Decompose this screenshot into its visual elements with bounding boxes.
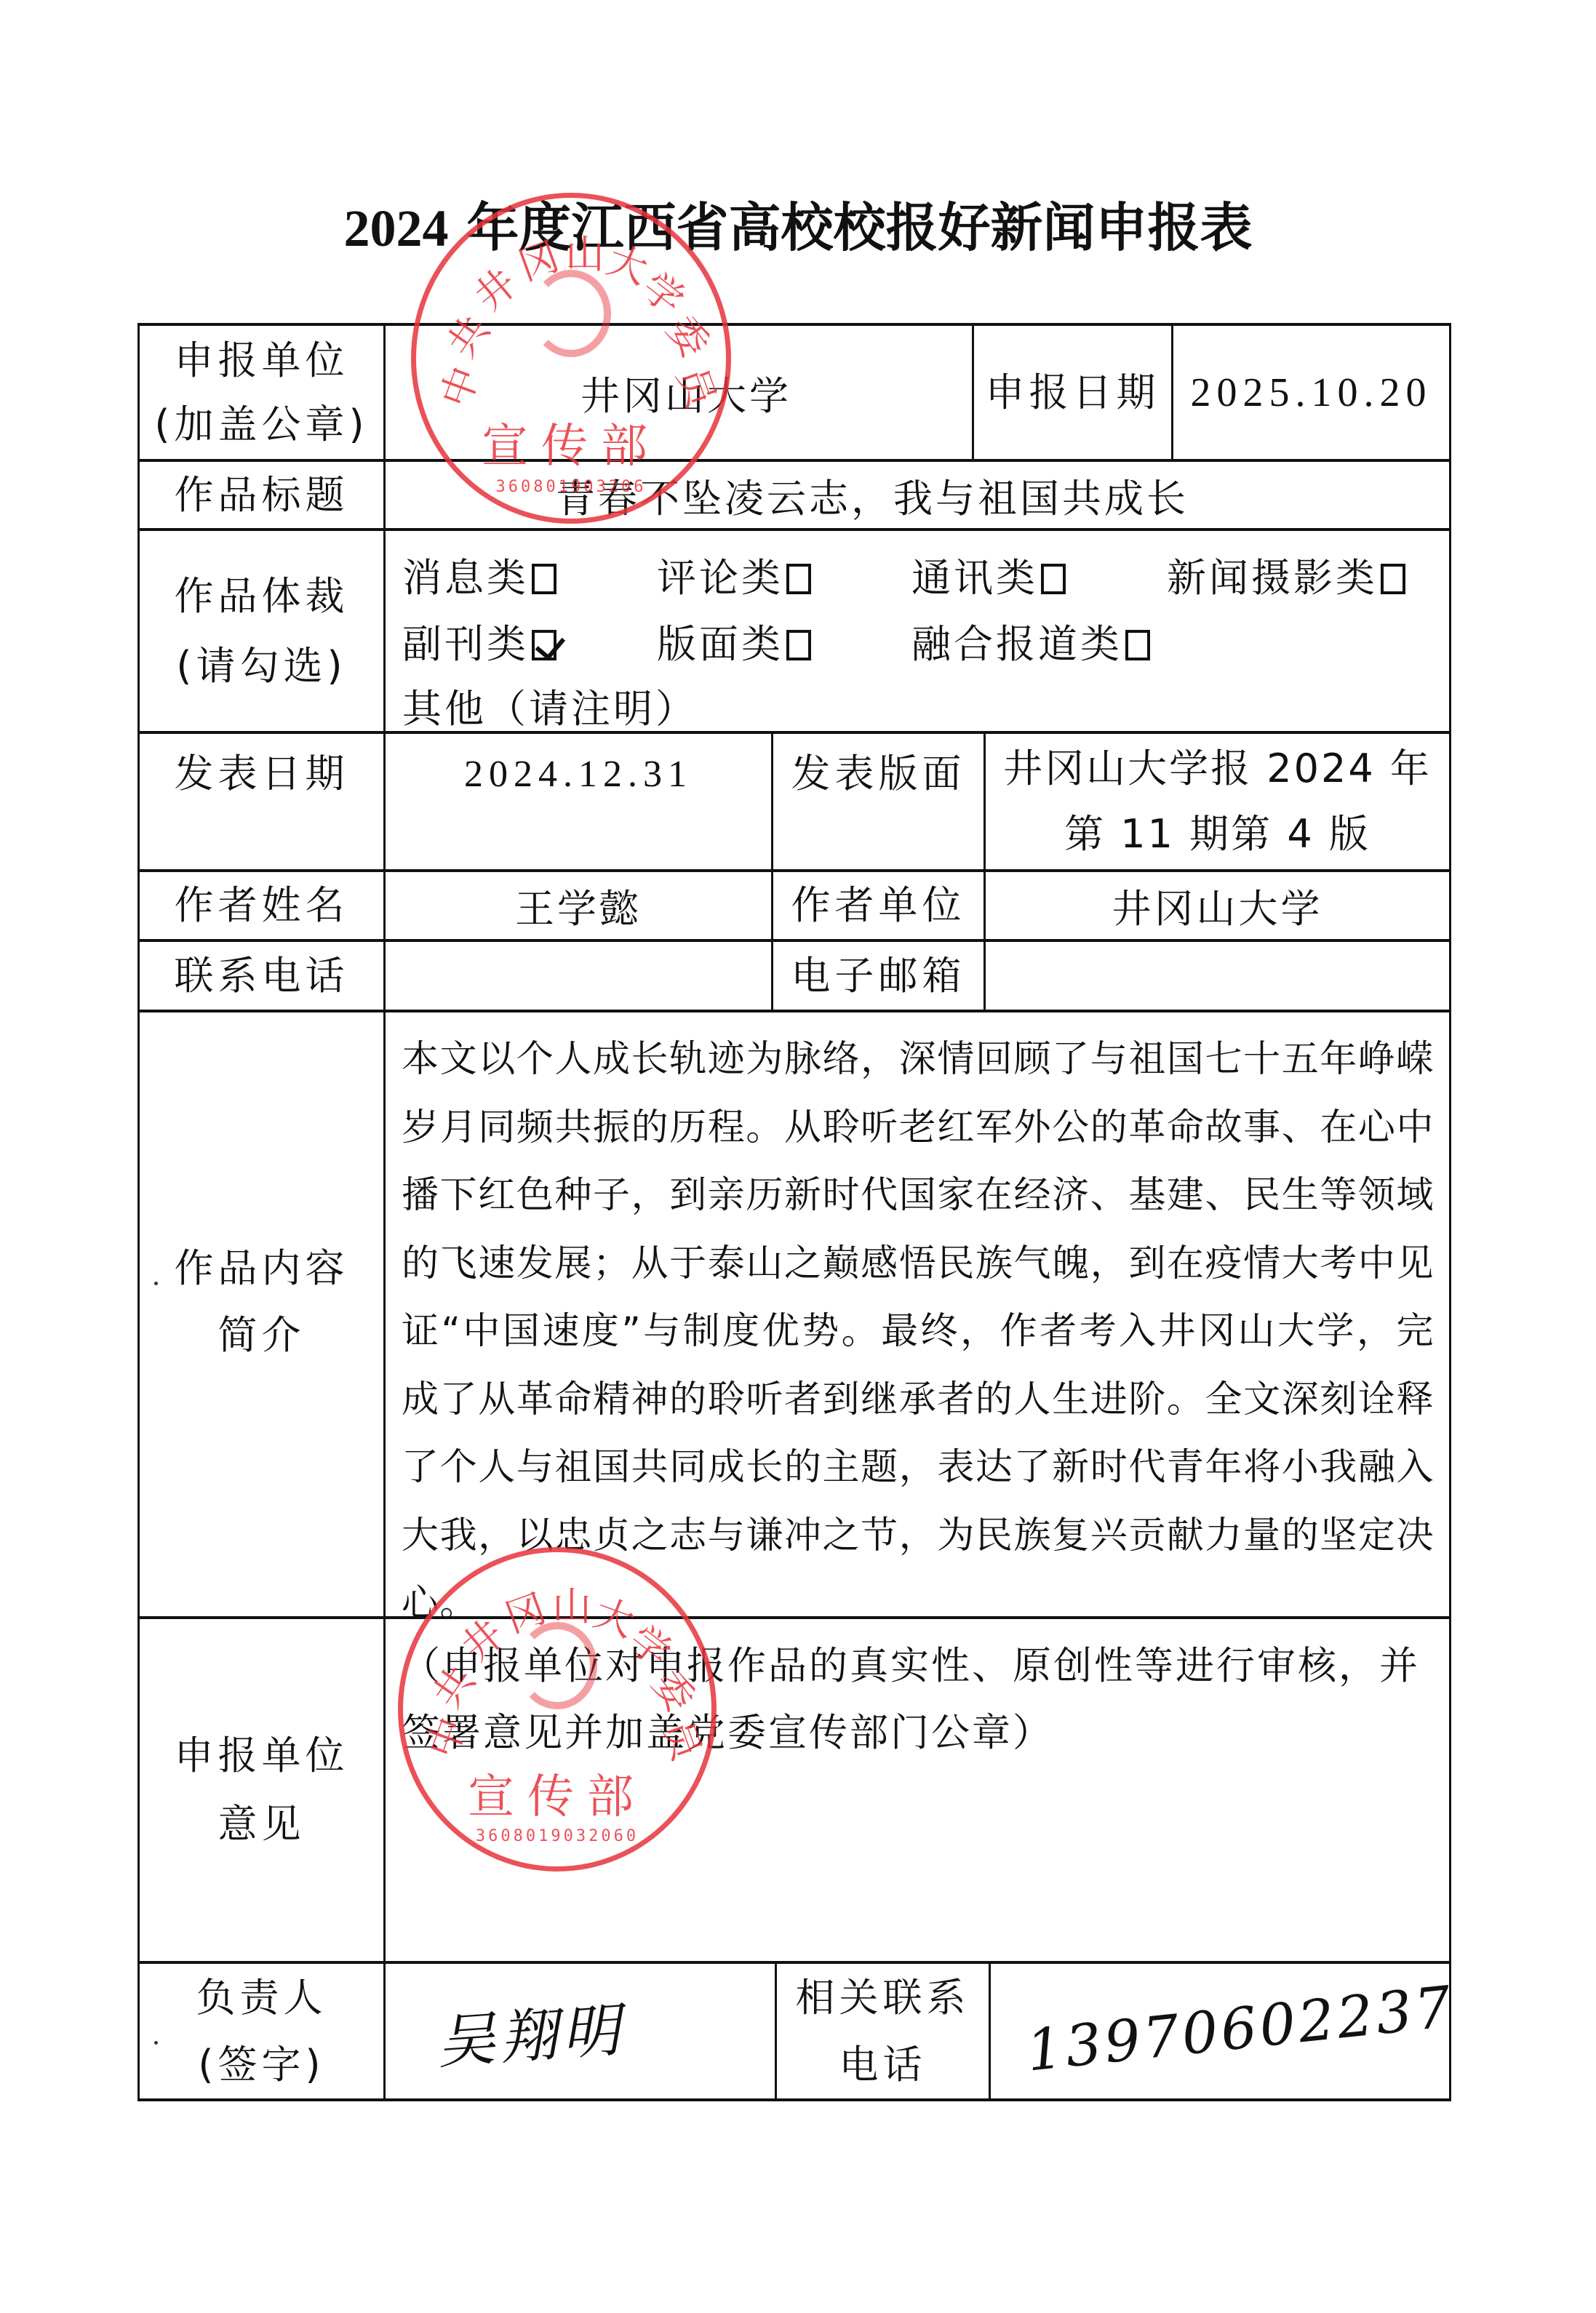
column-divider: [989, 1961, 991, 2101]
option-label: 消息类: [402, 555, 529, 601]
label-line: 作品内容: [175, 1235, 349, 1302]
label-line: 作品体裁: [175, 562, 349, 631]
genre-label: 作品体裁 (请勾选): [140, 531, 383, 732]
email-label: 电子邮箱: [773, 942, 983, 1010]
publish-date-label: 发表日期: [140, 734, 383, 814]
genre-option-supplement[interactable]: 副刊类: [402, 613, 556, 669]
checkbox[interactable]: [532, 564, 556, 594]
label-line: (加盖公章): [154, 393, 368, 457]
contact-phone-label: 联系电话: [140, 942, 383, 1010]
seal-ring-text: 井: [461, 254, 527, 322]
summary-label: 作品内容 简介: [140, 1229, 383, 1375]
checkbox[interactable]: [1041, 564, 1066, 594]
label-line: 意见: [218, 1790, 306, 1858]
checkbox-checked[interactable]: [532, 630, 556, 660]
publish-date-value[interactable]: 2024.12.31: [386, 734, 771, 814]
author-unit-label: 作者单位: [773, 872, 983, 939]
label-line: (签字): [198, 2032, 324, 2098]
genre-option-commentary[interactable]: 评论类: [657, 547, 811, 603]
seal-ring-text: 学: [632, 257, 698, 326]
genre-option-media[interactable]: 融合报道类: [911, 613, 1150, 669]
apply-date-label: 申报日期: [974, 326, 1171, 460]
document-title: 2024 年度江西省高校校报好新闻申报表: [0, 185, 1596, 261]
label-line: 负责人: [196, 1965, 327, 2032]
summary-text[interactable]: 本文以个人成长轨迹为脉络，深情回顾了与祖国七十五年峥嵘岁月同频共振的历程。从聆听…: [402, 1026, 1435, 1638]
related-phone-label: 相关联系 电话: [777, 1964, 989, 2099]
option-label: 评论类: [657, 555, 783, 601]
option-label: 新闻摄影类: [1167, 555, 1378, 601]
option-label: 副刊类: [402, 621, 529, 667]
genre-option-photo[interactable]: 新闻摄影类: [1167, 547, 1405, 603]
label-line: (请勾选): [176, 631, 346, 701]
title-text: 年度江西省高校校报好新闻申报表: [448, 196, 1252, 258]
publish-page-label: 发表版面: [773, 734, 983, 814]
signature[interactable]: 吴翔明: [434, 1983, 626, 2080]
scan-speck: [154, 1282, 158, 1285]
genre-option-news[interactable]: 消息类: [402, 547, 556, 603]
genre-option-other[interactable]: 其他（请注明）: [402, 678, 1090, 734]
option-label: 其他（请注明）: [402, 686, 698, 732]
scan-speck: [154, 2041, 158, 2045]
email-value[interactable]: [986, 942, 1449, 1010]
option-label: 融合报道类: [911, 621, 1122, 667]
label-line: 申报单位: [175, 1722, 349, 1790]
value-line: 井冈山大学报 2024 年: [1003, 736, 1432, 802]
author-unit-value[interactable]: 井冈山大学: [986, 872, 1449, 939]
genre-option-correspondence[interactable]: 通讯类: [911, 547, 1066, 603]
checkbox[interactable]: [1125, 630, 1150, 660]
label-line: 电话: [839, 2032, 927, 2098]
option-label: 版面类: [657, 621, 783, 667]
row-divider: [137, 1010, 1451, 1012]
label-column-divider: [383, 323, 386, 2101]
author-name-label: 作者姓名: [140, 872, 383, 939]
label-line: 相关联系: [796, 1965, 970, 2032]
seal-code: 3608019032060: [403, 1827, 711, 1845]
responsible-person-label: 负责人 (签字): [140, 1964, 383, 2099]
handwritten-phone[interactable]: 13970602237: [1024, 1974, 1457, 2084]
applicant-unit-value[interactable]: 井冈山大学: [386, 326, 972, 460]
apply-date-value[interactable]: 2025.10.20: [1173, 326, 1449, 460]
checkbox[interactable]: [786, 564, 811, 594]
unit-opinion-note[interactable]: （申报单位对申报作品的真实性、原创性等进行审核，并签署意见并加盖党委宣传部门公章…: [402, 1633, 1435, 1767]
value-line: 第 11 期第 4 版: [1064, 802, 1370, 867]
unit-opinion-label: 申报单位 意见: [140, 1619, 383, 1961]
contact-phone-value[interactable]: [386, 942, 771, 1010]
option-label: 通讯类: [911, 555, 1038, 601]
work-title-label: 作品标题: [140, 462, 383, 529]
table-border-right: [1449, 323, 1451, 2101]
publish-page-value[interactable]: 井冈山大学报 2024 年 第 11 期第 4 版: [986, 734, 1449, 869]
title-year: 2024: [343, 199, 448, 257]
checkbox[interactable]: [1381, 564, 1405, 594]
checkbox[interactable]: [786, 630, 811, 660]
label-line: 简介: [218, 1302, 306, 1369]
genre-option-layout[interactable]: 版面类: [657, 613, 811, 669]
seal-dept: 宣传部: [403, 1759, 711, 1826]
other-input-line[interactable]: [698, 695, 1090, 734]
label-line: 申报单位: [175, 329, 349, 393]
applicant-unit-label: 申报单位 (加盖公章): [140, 326, 383, 460]
work-title-value[interactable]: 青春不坠凌云志，我与祖国共成长: [386, 462, 1449, 529]
author-name-value[interactable]: 王学懿: [386, 872, 771, 939]
